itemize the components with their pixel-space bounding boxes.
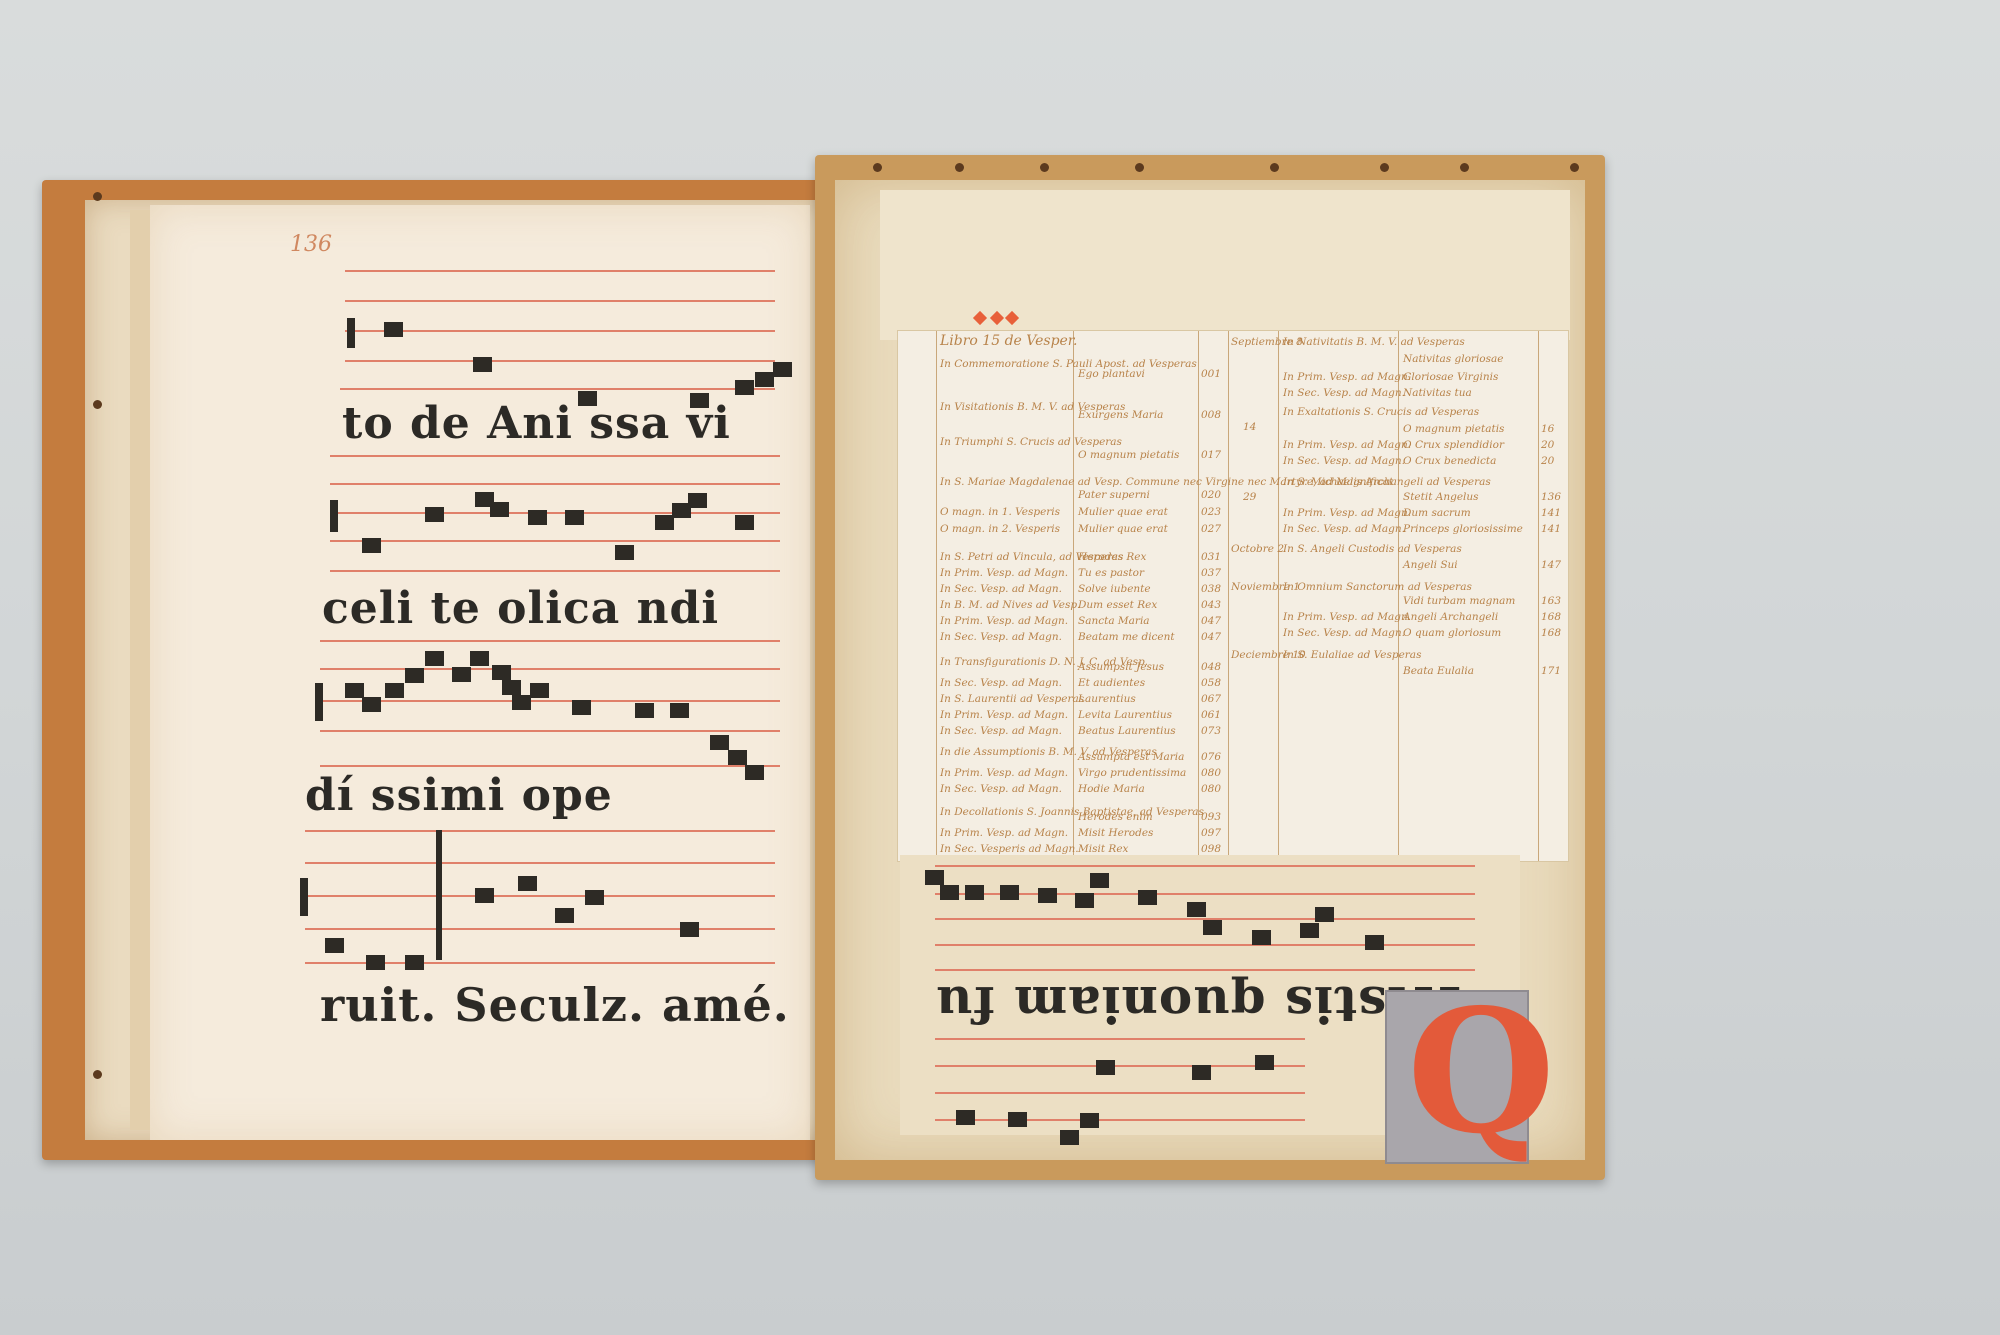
index-entry-text: In Prim. Vesp. ad Magn. — [940, 827, 1068, 839]
index-entry-text: Assumpta est Maria — [1078, 751, 1184, 763]
index-entry-text: In S. Laurentii ad Vesperas — [940, 693, 1084, 705]
index-entry-text: 058 — [1201, 677, 1221, 689]
index-entry-text: Virgo prudentissima — [1078, 767, 1186, 779]
index-entry-text: Stetit Angelus — [1403, 491, 1479, 503]
index-entry-text: O Crux splendidior — [1403, 439, 1504, 451]
index-entry-text: In Triumphi S. Crucis ad Vesperas — [940, 436, 1122, 448]
index-entry-text: Herodes enim — [1078, 811, 1153, 823]
index-entry-text: Ego plantavi — [1078, 368, 1145, 380]
index-entry-text: In Commemoratione S. Pauli Apost. ad Ves… — [940, 358, 1197, 370]
index-entry-text: 097 — [1201, 827, 1221, 839]
index-entry-text: Herodes Rex — [1078, 551, 1146, 563]
index-entry-text: 098 — [1201, 843, 1221, 855]
index-entry-text: Nativitas gloriosae — [1403, 353, 1503, 365]
index-entry-text: In Sec. Vesperis ad Magn. — [940, 843, 1079, 855]
index-entry-text: Misit Rex — [1078, 843, 1128, 855]
index-entry-text: 047 — [1201, 631, 1221, 643]
index-entry-text: 16 — [1541, 423, 1554, 435]
index-entry-text: In Nativitatis B. M. V. ad Vesperas — [1283, 336, 1465, 348]
index-entry-text: 168 — [1541, 627, 1561, 639]
index-entry-text: Princeps gloriosissime — [1403, 523, 1523, 535]
index-entry-text: In Sec. Vesp. ad Magn. — [940, 725, 1062, 737]
index-entry-text: 017 — [1201, 449, 1221, 461]
index-entry-text: Assumpsit Jesus — [1078, 661, 1164, 673]
index-entry-text: 20 — [1541, 455, 1554, 467]
index-entry-text: Tu es pastor — [1078, 567, 1144, 579]
index-entry-text: In Sec. Vesp. ad Magn. — [940, 631, 1062, 643]
index-entry-text: Laurentius — [1078, 693, 1136, 705]
illuminated-initial: Q — [1385, 990, 1529, 1164]
index-entry-text: In Prim. Vesp. ad Magn. — [940, 567, 1068, 579]
index-entry-text: Dum esset Rex — [1078, 599, 1157, 611]
index-entry-text: 047 — [1201, 615, 1221, 627]
index-entry-text: 141 — [1541, 523, 1561, 535]
lyric-line-2: celi te olica ndi — [322, 583, 719, 634]
index-entry-text: Nativitas tua — [1403, 387, 1472, 399]
index-entry-text: 073 — [1201, 725, 1221, 737]
index-entry-text: In Prim. Vesp. ad Magn. — [1283, 439, 1411, 451]
index-title: Libro 15 de Vesper. — [940, 333, 1077, 349]
index-entry-text: O quam gloriosum — [1403, 627, 1501, 639]
lyric-line-1: to de Ani ssa vi — [342, 398, 731, 449]
index-entry-text: 136 — [1541, 491, 1561, 503]
vespers-index-sheet: Libro 15 de Vesper. In Commemoratione S.… — [897, 330, 1569, 862]
index-entry-text: 020 — [1201, 489, 1221, 501]
index-entry-text: 168 — [1541, 611, 1561, 623]
index-entry-text: In Prim. Vesp. ad Magn. — [940, 615, 1068, 627]
index-entry-text: Mulier quae erat — [1078, 523, 1168, 535]
index-entry-text: 20 — [1541, 439, 1554, 451]
index-entry-text: O magnum pietatis — [1403, 423, 1504, 435]
index-entry-text: Gloriosae Virginis — [1403, 371, 1498, 383]
index-entry-text: Sancta Maria — [1078, 615, 1150, 627]
index-entry-text: Pater superni — [1078, 489, 1150, 501]
index-entry-text: 001 — [1201, 368, 1221, 380]
index-entry-text: Levita Laurentius — [1078, 709, 1172, 721]
index-entry-text: 037 — [1201, 567, 1221, 579]
index-entry-text: 027 — [1201, 523, 1221, 535]
index-entry-text: 29 — [1243, 491, 1256, 503]
index-entry-text: Dum sacrum — [1403, 507, 1471, 519]
index-entry-text: In Sec. Vesp. ad Magn. — [1283, 387, 1405, 399]
index-entry-text: 147 — [1541, 559, 1561, 571]
index-entry-text: In Exaltationis S. Crucis ad Vesperas — [1283, 406, 1479, 418]
index-entry-text: In Prim. Vesp. ad Magn. — [1283, 507, 1411, 519]
index-entry-text: 14 — [1243, 421, 1256, 433]
folio-number: 136 — [290, 232, 332, 257]
index-entry-text: Mulier quae erat — [1078, 506, 1168, 518]
lyric-line-4: ruit. Seculz. amé. — [320, 978, 790, 1032]
index-entry-text: 141 — [1541, 507, 1561, 519]
index-entry-text: In B. M. ad Nives ad Vesp. — [940, 599, 1080, 611]
index-entry-text: 171 — [1541, 665, 1561, 677]
index-entry-text: Octobre 2 — [1231, 543, 1284, 555]
index-entry-text: 048 — [1201, 661, 1221, 673]
index-entry-text: Beata Eulalia — [1403, 665, 1474, 677]
index-entry-text: In Prim. Vesp. ad Magn. — [940, 767, 1068, 779]
index-entry-text: In Sec. Vesp. ad Magn. — [940, 783, 1062, 795]
index-entry-text: 067 — [1201, 693, 1221, 705]
index-entry-text: 076 — [1201, 751, 1221, 763]
index-entry-text: In Sec. Vesp. ad Magn. — [1283, 523, 1405, 535]
index-entry-text: Vidi turbam magnam — [1403, 595, 1515, 607]
index-entry-text: Angeli Sui — [1403, 559, 1458, 571]
index-entry-text: 031 — [1201, 551, 1221, 563]
index-entry-text: In Sec. Vesp. ad Magn. — [1283, 627, 1405, 639]
index-entry-text: Angeli Archangeli — [1403, 611, 1498, 623]
lyric-line-3: dí ssimi ope — [305, 770, 613, 821]
index-entry-text: O magnum pietatis — [1078, 449, 1179, 461]
index-entry-text: 061 — [1201, 709, 1221, 721]
index-entry-text: In S. Angeli Custodis ad Vesperas — [1283, 543, 1462, 555]
index-entry-text: In Prim. Vesp. ad Magn. — [940, 709, 1068, 721]
index-entry-text: 080 — [1201, 767, 1221, 779]
index-entry-text: 038 — [1201, 583, 1221, 595]
index-entry-text: Beatam me dicent — [1078, 631, 1175, 643]
index-entry-text: 163 — [1541, 595, 1561, 607]
index-entry-text: Exurgens Maria — [1078, 409, 1163, 421]
index-entry-text: Misit Herodes — [1078, 827, 1153, 839]
index-entry-text: 080 — [1201, 783, 1221, 795]
index-entry-text: In Sec. Vesp. ad Magn. — [940, 583, 1062, 595]
index-entry-text: In Sec. Vesp. ad Magn. — [940, 677, 1062, 689]
index-entry-text: In Prim. Vesp. ad Magn. — [1283, 611, 1411, 623]
index-entry-text: O magn. in 2. Vesperis — [940, 523, 1060, 535]
index-entry-text: O Crux benedicta — [1403, 455, 1496, 467]
index-entry-text: 008 — [1201, 409, 1221, 421]
index-entry-text: Solve iubente — [1078, 583, 1151, 595]
index-entry-text: In Omnium Sanctorum ad Vesperas — [1283, 581, 1472, 593]
index-entry-text: O magn. in 1. Vesperis — [940, 506, 1060, 518]
index-entry-text: 093 — [1201, 811, 1221, 823]
index-entry-text: Beatus Laurentius — [1078, 725, 1176, 737]
index-entry-text: 043 — [1201, 599, 1221, 611]
index-entry-text: 023 — [1201, 506, 1221, 518]
initial-letter: Q — [1407, 972, 1555, 1172]
index-entry-text: In Sec. Vesp. ad Magn. — [1283, 455, 1405, 467]
index-entry-text: Et audientes — [1078, 677, 1145, 689]
index-entry-text: In Decollationis S. Joannis Baptistae, a… — [940, 806, 1204, 818]
index-entry-text: In Prim. Vesp. ad Magn. — [1283, 371, 1411, 383]
index-entry-text: In S. Michaelis Archangeli ad Vesperas — [1283, 476, 1491, 488]
index-entry-text: In S. Eulaliae ad Vesperas — [1283, 649, 1421, 661]
index-entry-text: Hodie Maria — [1078, 783, 1145, 795]
